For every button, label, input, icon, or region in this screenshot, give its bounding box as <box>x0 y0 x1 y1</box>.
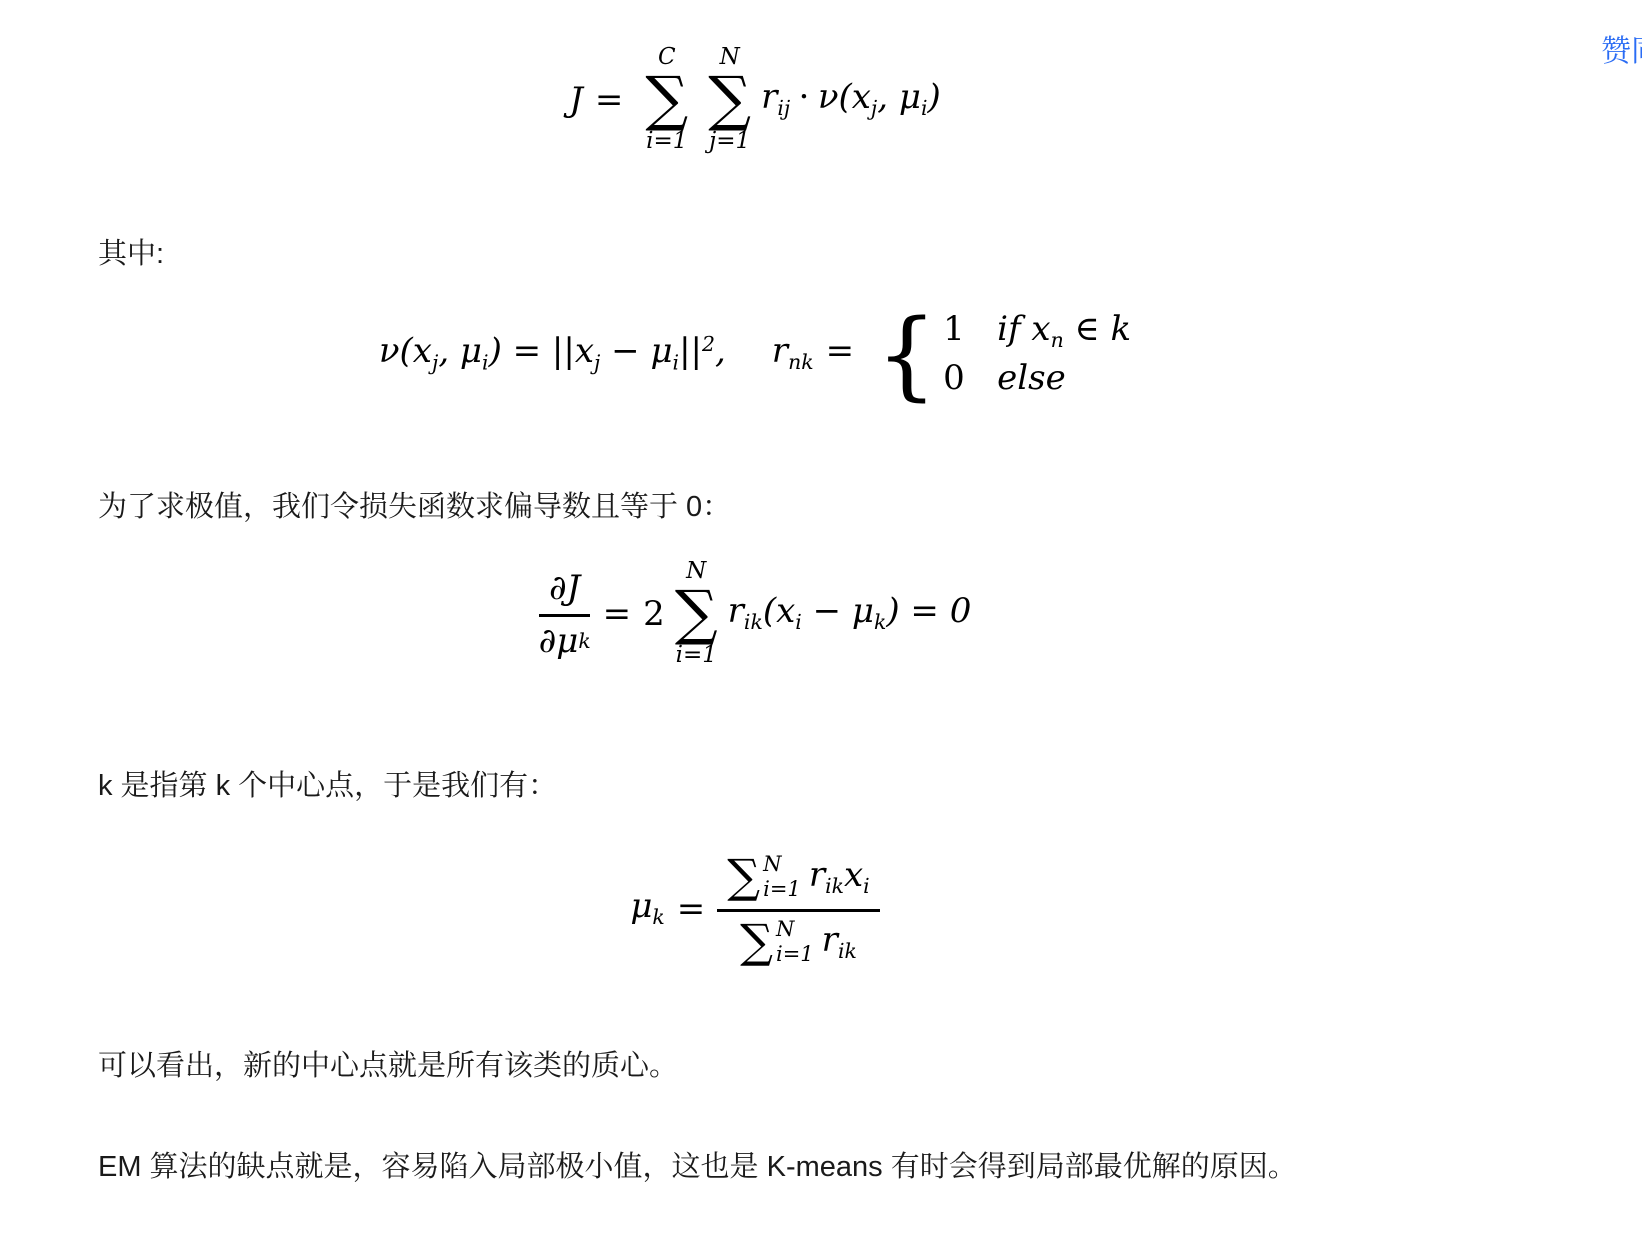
math-expression: rnk= <box>772 334 866 373</box>
math-subscript: ik <box>825 874 844 898</box>
math-token: x <box>844 855 863 895</box>
paragraph-derivative-intro: 为了求极值，我们令损失函数求偏导数且等于 0： <box>98 489 731 525</box>
math-subscript: k <box>578 631 590 651</box>
math-token: ν(x <box>818 77 871 117</box>
math-token: ∂μ <box>539 624 579 658</box>
sum-lower-limit: i=1 <box>776 944 814 965</box>
sum-with-limits: C ∑ i=1 <box>645 46 688 153</box>
math-token: 2 <box>643 597 665 631</box>
math-token: (x <box>763 591 795 631</box>
formula-distance-and-indicator: ν(xj, μi) = ||xj − μi||2, rnk= { 1if xn … <box>98 312 1412 395</box>
paragraph-where: 其中: <box>98 236 164 272</box>
math-token: r <box>728 591 744 631</box>
paragraph-centroid-intro: k 是指第 k 个中心点，于是我们有： <box>98 768 557 804</box>
math-token: r <box>809 855 825 895</box>
case-condition: else <box>997 361 1066 395</box>
sum-upper-limit: N <box>776 919 814 940</box>
math-token: if x <box>997 309 1050 349</box>
math-token: ∂J <box>549 571 580 605</box>
math-token: ) = 0 <box>886 591 971 631</box>
inline-sum: ∑ N i=1 <box>727 854 801 900</box>
math-token: − μ <box>600 331 672 371</box>
case-value: 1 <box>943 312 997 346</box>
case-condition: if xn ∈ k <box>997 312 1131 351</box>
math-subscript: k <box>874 610 886 634</box>
math-token: || <box>679 331 702 371</box>
math-expression: ν(xj, μi) = ||xj − μi||2, <box>379 334 726 373</box>
sum-lower-limit: j=1 <box>709 130 750 153</box>
sum-lower-limit: i=1 <box>646 130 687 153</box>
math-token: = <box>826 331 855 371</box>
math-token: ) <box>928 77 941 117</box>
math-expression: μk <box>630 889 664 928</box>
math-superscript: 2 <box>702 332 715 356</box>
math-subscript: i <box>863 874 870 898</box>
case-row: 1if xn ∈ k <box>943 312 1131 351</box>
math-subscript: ik <box>744 610 763 634</box>
sigma-icon: ∑ <box>675 585 718 642</box>
cases-block: 1if xn ∈ k 0else <box>943 312 1131 395</box>
inline-sum: ∑ N i=1 <box>740 919 814 965</box>
case-value: 0 <box>943 361 997 395</box>
sum-with-limits: N ∑ j=1 <box>708 46 751 153</box>
math-token: r <box>822 920 838 960</box>
paragraph-centroid-conclusion: 可以看出，新的中心点就是所有该类的质心。 <box>98 1048 678 1084</box>
math-token: r <box>761 77 777 117</box>
formula-objective: J = C ∑ i=1 N ∑ j=1 rij⋅ν(xj, μi) <box>98 46 1412 153</box>
math-expression: rij⋅ν(xj, μi) <box>761 80 941 119</box>
sum-scripts: N i=1 <box>763 854 801 900</box>
math-subscript: k <box>652 905 664 929</box>
math-subscript: nk <box>788 350 814 374</box>
math-token: μ <box>630 886 652 926</box>
math-token: , μ <box>438 331 482 371</box>
sigma-icon: ∑ <box>740 921 773 962</box>
sum-lower-limit: i=1 <box>763 879 801 900</box>
upvote-link[interactable]: 赞同 <box>1601 26 1642 70</box>
dot-operator-icon: ⋅ <box>798 77 810 117</box>
math-subscript: ij <box>777 96 790 120</box>
math-token: = <box>677 892 706 926</box>
math-token: ) = ||x <box>489 331 594 371</box>
sum-upper-limit: N <box>763 854 801 875</box>
math-token: − μ <box>802 591 874 631</box>
fraction: ∂J ∂μk <box>539 569 591 658</box>
sigma-icon: ∑ <box>708 71 751 128</box>
fraction-numerator: ∂J <box>539 569 590 617</box>
math-token: ν(x <box>379 331 432 371</box>
sum-with-limits: N ∑ i=1 <box>675 560 718 667</box>
math-expression: rikxi <box>809 858 870 897</box>
formula-partial-derivative: ∂J ∂μk = 2 N ∑ i=1 rik(xi − μk) = 0 <box>98 560 1412 667</box>
math-token: , <box>715 331 726 371</box>
math-subscript: n <box>1051 328 1064 352</box>
math-token: r <box>772 331 788 371</box>
fraction-denominator: ∑ N i=1 rik <box>740 912 857 965</box>
math-token: ∈ k <box>1064 309 1131 349</box>
sigma-icon: ∑ <box>727 856 760 897</box>
formula-centroid-update: μk = ∑ N i=1 rikxi ∑ N i=1 <box>98 852 1412 965</box>
article-page: 赞同 J = C ∑ i=1 N ∑ j=1 rij⋅ν(xj, μi) 其中:… <box>0 0 1642 1238</box>
paragraph-em-drawback: EM 算法的缺点就是，容易陷入局部极小值，这也是 K-means 有时会得到局部… <box>98 1149 1297 1185</box>
math-token: = <box>603 597 632 631</box>
sigma-icon: ∑ <box>645 71 688 128</box>
sum-scripts: N i=1 <box>776 919 814 965</box>
sum-lower-limit: i=1 <box>676 644 717 667</box>
case-row: 0else <box>943 361 1131 395</box>
math-token: , μ <box>877 77 921 117</box>
math-token: = <box>595 83 624 117</box>
math-token: J <box>569 83 583 117</box>
math-expression: rik <box>822 923 857 962</box>
math-subscript: ik <box>838 939 857 963</box>
fraction: ∑ N i=1 rikxi ∑ N i=1 rik <box>717 852 879 965</box>
fraction-denominator: ∂μk <box>539 617 591 658</box>
fraction-numerator: ∑ N i=1 rikxi <box>717 852 879 912</box>
math-expression: rik(xi − μk) = 0 <box>728 594 972 633</box>
